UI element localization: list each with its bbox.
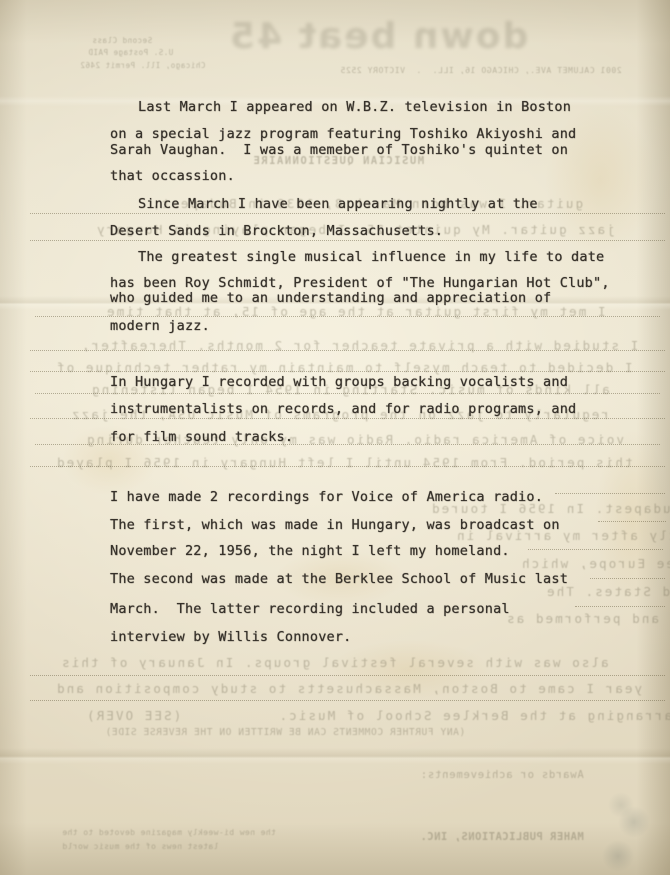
bleedthrough-line: this period. From 1954 until I left Hung… — [55, 455, 633, 470]
bleedthrough-line: U.S. Postage PAID — [88, 48, 173, 57]
bleedthrough-line: Chicago, Ill. Permit 2462 — [80, 61, 205, 70]
typed-line: I have made 2 recordings for Voice of Am… — [110, 489, 543, 505]
scanned-document-page: down beat 45Second ClassU.S. Postage PAI… — [0, 0, 670, 875]
typed-line: The first, which was made in Hungary, wa… — [110, 517, 560, 533]
typed-line: In Hungary I recorded with groups backin… — [110, 374, 568, 390]
bleedthrough-rule — [30, 350, 665, 351]
bleedthrough-line: also was with several festival groups. I… — [60, 655, 609, 670]
bleedthrough-line: Radio Free Europe, which — [520, 556, 670, 571]
typed-line: The greatest single musical influence in… — [138, 249, 604, 265]
bleedthrough-rule — [30, 418, 665, 419]
bleedthrough-rule — [30, 371, 665, 372]
typed-line: for film sound tracks. — [110, 429, 293, 445]
typed-line: March. The latter recording included a p… — [110, 601, 510, 617]
bleedthrough-rule — [598, 521, 666, 522]
typed-line: Sarah Vaughan. I was a memeber of Toshik… — [110, 142, 568, 158]
typed-line: that occassion. — [110, 168, 235, 184]
bleedthrough-line: the new bi-weekly magazine devoted to th… — [62, 828, 276, 837]
bleedthrough-line: appeared and performed as — [505, 611, 670, 626]
typed-line: has been Roy Schmidt, President of "The … — [110, 275, 610, 291]
typed-line: who guided me to an understanding and ap… — [110, 290, 551, 306]
bleedthrough-rule — [30, 213, 665, 214]
bleedthrough-line: Second Class — [92, 36, 152, 45]
bleedthrough-line: MAHER PUBLICATIONS, INC. — [420, 831, 584, 843]
bleedthrough-rule — [30, 466, 665, 467]
bleedthrough-rule — [575, 606, 665, 607]
bleedthrough-line: Awards or achievements: — [420, 769, 584, 781]
gray-spot-stain — [602, 840, 634, 872]
bleedthrough-rule — [555, 493, 665, 494]
typed-line: modern jazz. — [110, 318, 210, 334]
typed-line: The second was made at the Berklee Schoo… — [110, 571, 568, 587]
typed-line: interview by Willis Connover. — [110, 629, 352, 645]
bleedthrough-line: 2001 CALUMET AVE., CHICAGO 16, ILL. . VI… — [340, 66, 622, 75]
bleedthrough-rule — [528, 549, 663, 550]
typed-line: Desert Sands in Brockton, Massachusetts. — [110, 223, 443, 239]
bleedthrough-rule — [35, 393, 660, 394]
bleedthrough-rule — [590, 578, 665, 579]
bleedthrough-rule — [30, 240, 665, 241]
bleedthrough-rule — [30, 675, 665, 676]
typed-line: November 22, 1956, the night I left my h… — [110, 543, 510, 559]
bleedthrough-rule — [30, 700, 665, 701]
paper-crease — [0, 748, 670, 764]
bleedthrough-line: arranging at the Berklee School of Music… — [85, 708, 670, 723]
bleedthrough-line: (ANY FURTHER COMMENTS CAN BE WRITTEN ON … — [105, 727, 465, 738]
bleedthrough-rule — [35, 316, 660, 317]
typed-line: on a special jazz program featuring Tosh… — [110, 126, 576, 142]
gray-spot-stain — [618, 806, 650, 838]
typed-line: Since March I have been appearing nightl… — [138, 196, 538, 212]
gray-spot-stain — [608, 792, 634, 818]
typed-line: instrumentalists on records, and for rad… — [110, 401, 576, 417]
bleedthrough-logo: down beat 45 — [228, 16, 528, 57]
bleedthrough-line: I decided to teach myself to maintain my… — [55, 360, 633, 375]
bleedthrough-line: latest news of the music world — [62, 842, 219, 851]
typed-line: Last March I appeared on W.B.Z. televisi… — [138, 99, 571, 115]
bleedthrough-line: year I came to Boston, Massachusetts to … — [55, 681, 642, 696]
